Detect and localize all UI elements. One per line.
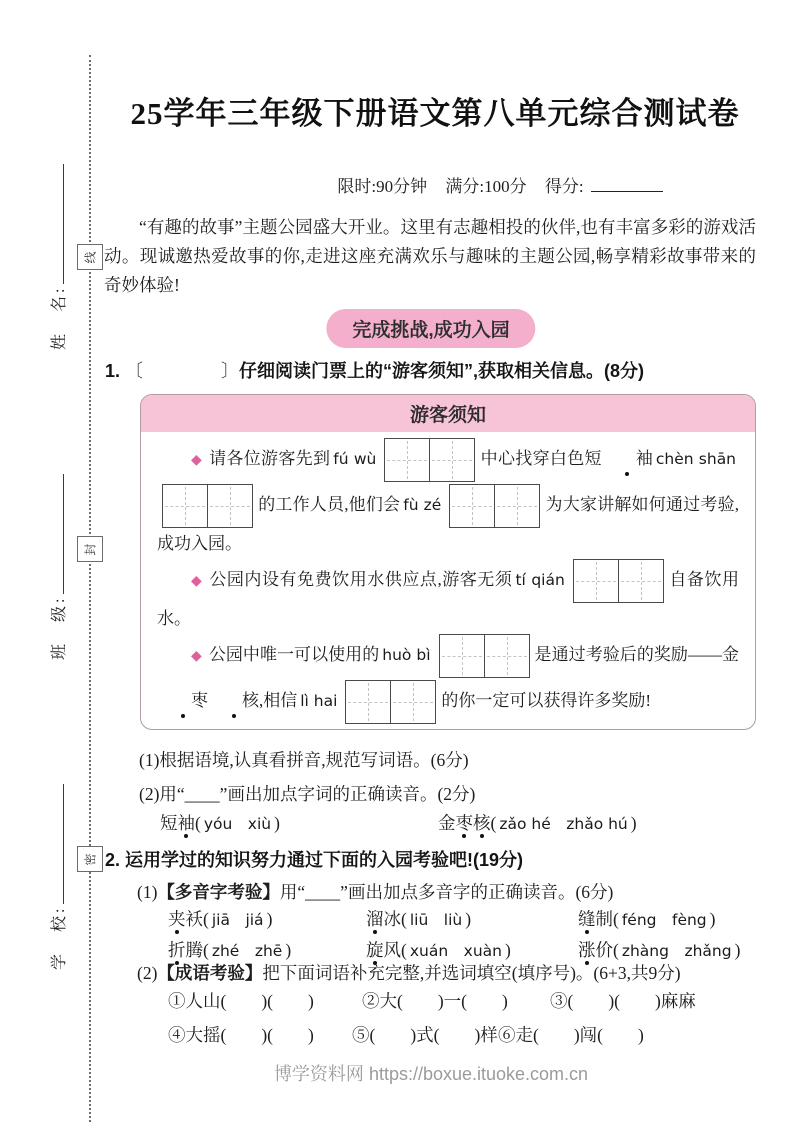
text: 风( [384,940,407,960]
pinyin: zhé zhē [212,942,283,960]
writing-grid[interactable] [162,484,253,528]
dotted-characters: 夹 [168,909,186,929]
exam-info-line: 限时:90分钟 满分:100分 得分: [230,172,770,197]
text: 金 [438,813,456,833]
pinyin: xuán xuàn [410,942,502,960]
pinyin: yóu xiù [204,815,271,833]
dotted-characters: 袖 [602,449,653,468]
dotted-characters: 旋 [366,940,384,960]
pinyin: fú wù [333,450,376,468]
pinyin: zhàng zhǎng [622,942,732,960]
question-1-header: 1.〔〕仔细阅读门票上的“游客须知”,获取相关信息。(8分) [105,357,765,383]
dotted-characters: 涨 [578,940,596,960]
polyphone-row: 夹袄(jiā jiá) 溜冰(liū liù) 缝制(féng fèng) [168,906,768,937]
idiom-items: ①人山( )( ) ②大( )一( ) ③( )( )麻麻 ④大摇( )( ) … [168,988,768,1056]
part2-tag: 【成语考验】 [157,963,262,983]
seal-char-box: 密 [77,846,103,872]
idiom-item[interactable]: ②大( )一( ) [362,988,550,1022]
question-2-header: 2.运用学过的知识努力通过下面的入园考验吧!(19分) [105,846,765,872]
text: ) [710,909,716,929]
dotted-characters: 袖 [178,813,196,833]
seal-char: 封 [81,543,98,555]
watermark-footer: 博学资料网 https://boxue.ituoke.com.cn [105,1060,757,1086]
bracket-close: 〕 [221,361,239,381]
part1-tag: 【多音字考验】 [157,882,280,902]
question-1-number: 1. [105,361,120,381]
writing-grid-cell[interactable] [450,485,494,527]
polyphone-item[interactable]: 缝制(féng fèng) [578,906,715,937]
polyphone-item[interactable]: 溜冰(liū liù) [366,906,578,937]
name-label: 姓 名: [51,286,68,350]
writing-grid-cell[interactable] [440,635,484,677]
text: ) [735,940,741,960]
writing-grid-cell[interactable] [484,635,529,677]
writing-grid-cell[interactable] [390,681,435,723]
dotted-characters: 折 [168,940,186,960]
seal-char: 线 [81,251,98,263]
pinyin: tí qián [515,571,564,589]
notice-paragraph: ◆公园内设有免费饮用水供应点,游客无须tí qián自备饮用水。 [157,558,739,633]
idiom-item[interactable]: ③( )( )麻麻 [550,988,696,1022]
writing-grid-cell[interactable] [207,485,252,527]
school-blank-line[interactable] [49,784,64,904]
class-blank-line[interactable] [49,474,64,594]
notice-body: ◆请各位游客先到fú wù中心找穿白色短袖chèn shān的工作人员,他们会f… [141,432,755,725]
pinyin: zǎo hé zhǎo hú [499,815,627,833]
test-paper-page: 线 封 密 姓 名: 班 级: 学 校: 25学年三年级下册语文第八单元综合测试… [0,0,793,1122]
polyphone-item[interactable]: 夹袄(jiā jiá) [168,906,366,937]
notice-paragraph: ◆请各位游客先到fú wù中心找穿白色短袖chèn shān的工作人员,他们会f… [157,437,739,558]
text: 的工作人员,他们会 [258,495,400,514]
text: ) [631,813,637,833]
text: 的你一定可以获得许多奖励! [441,691,651,710]
score-label: 得分: [545,177,584,196]
student-class-field: 班 级: [46,474,69,660]
question-1-text: 仔细阅读门票上的“游客须知”,获取相关信息。(8分) [239,361,644,381]
idiom-item[interactable]: ⑤( )式( )样 [352,1022,498,1056]
student-name-field: 姓 名: [46,164,69,350]
pinyin: lì hai [300,692,337,710]
challenge-badge: 完成挑战,成功入园 [326,309,535,348]
question-1-sub2: (2)用“____”画出加点字词的正确读音。(2分) [139,781,759,806]
text: 是通过考验后的奖励——金 [535,645,740,664]
time-limit: 限时:90分钟 [337,177,427,196]
diamond-bullet-icon: ◆ [191,649,202,664]
text: ) [285,940,291,960]
writing-grid-cell[interactable] [574,560,618,602]
text: ( [491,813,497,833]
idiom-item[interactable]: ④大摇( )( ) [168,1022,352,1056]
bracket-open: 〔 [125,361,143,381]
text: ) [267,909,273,929]
name-blank-line[interactable] [49,164,64,284]
text: 公园中唯一可以使用的 [209,645,379,664]
seal-char-box: 封 [77,536,103,562]
writing-grid-cell[interactable] [385,439,429,481]
pinyin: liū liù [410,911,462,929]
pinyin: jiā jiá [212,911,264,929]
full-score: 满分:100分 [445,177,526,196]
text: 腾( [186,940,209,960]
writing-grid[interactable] [384,438,475,482]
text: ,相信 [259,691,297,710]
text: 中心找穿白色短 [480,449,602,468]
text: 价( [596,940,619,960]
text: 公园内设有免费饮用水供应点,游客无须 [209,570,512,589]
word-choice-item[interactable]: 短袖(yóu xiù) [160,810,438,835]
text: 请各位游客先到 [209,449,330,468]
writing-grid[interactable] [573,559,664,603]
class-label: 班 级: [51,596,68,660]
word-choice-item[interactable]: 金枣核(zǎo hé zhǎo hú) [438,810,637,835]
diamond-bullet-icon: ◆ [191,453,202,468]
text: ) [465,909,471,929]
writing-grid[interactable] [449,484,540,528]
writing-grid-cell[interactable] [618,560,663,602]
pronunciation-choices: 短袖(yóu xiù) 金枣核(zǎo hé zhǎo hú) [160,810,760,835]
writing-grid-cell[interactable] [163,485,207,527]
intro-paragraph: “有趣的故事”主题公园盛大开业。这里有志趣相投的伙伴,也有丰富多彩的游戏活动。现… [104,213,756,300]
part1-text: 用“____”画出加点多音字的正确读音。(6分) [280,882,613,902]
dotted-characters: 缝 [578,909,596,929]
question-2-text: 运用学过的知识努力通过下面的入园考验吧!(19分) [125,850,523,870]
pinyin: huò bì [382,646,430,664]
text: ) [505,940,511,960]
text: 冰( [384,909,407,929]
question-2-part1-header: (1)【多音字考验】用“____”画出加点多音字的正确读音。(6分) [137,879,761,904]
question-1-sub1: (1)根据语境,认真看拼音,规范写词语。(6分) [139,747,759,772]
dotted-characters: 溜 [366,909,384,929]
dotted-characters: 枣核 [456,813,491,833]
score-blank-line[interactable] [591,177,663,192]
writing-grid-cell[interactable] [429,439,474,481]
pinyin: fù zé [403,496,441,514]
question-2-number: 2. [105,850,120,870]
idiom-item[interactable]: ①人山( )( ) [168,988,362,1022]
student-school-field: 学 校: [46,784,69,970]
question-2-part2-header: (2)【成语考验】把下面词语补充完整,并选词填空(填序号)。(6+3,共9分) [137,960,761,985]
text: ) [274,813,280,833]
writing-grid[interactable] [345,680,436,724]
dotted-characters: 枣核 [157,691,259,710]
text: 制( [596,909,619,929]
seal-char-box: 线 [77,244,103,270]
seal-dotted-line [89,55,91,1122]
text: 袄( [186,909,209,929]
part2-text: 把下面词语补充完整,并选词填空(填序号)。(6+3,共9分) [262,963,680,983]
idiom-row: ①人山( )( ) ②大( )一( ) ③( )( )麻麻 [168,988,768,1022]
writing-grid-cell[interactable] [346,681,390,723]
pinyin: chèn shān [656,450,736,468]
part2-prefix: (2) [137,963,157,983]
visitor-notice-box: 游客须知 ◆请各位游客先到fú wù中心找穿白色短袖chèn shān的工作人员… [140,394,756,730]
notice-paragraph: ◆公园中唯一可以使用的huò bì是通过考验后的奖励——金枣核,相信lì hai… [157,633,739,725]
part1-prefix: (1) [137,882,157,902]
paper-title: 25学年三年级下册语文第八单元综合测试卷 [105,88,765,133]
idiom-item[interactable]: ⑥走( )闯( ) [498,1022,644,1056]
writing-grid-cell[interactable] [494,485,539,527]
polyphone-items: 夹袄(jiā jiá) 溜冰(liū liù) 缝制(féng fèng) 折腾… [168,906,768,968]
school-label: 学 校: [51,906,68,970]
text: ( [195,813,201,833]
seal-char: 密 [81,853,98,865]
text: 短 [160,813,178,833]
pinyin: féng fèng [622,911,707,929]
diamond-bullet-icon: ◆ [191,574,202,589]
notice-title: 游客须知 [141,395,755,432]
writing-grid[interactable] [439,634,530,678]
idiom-row: ④大摇( )( ) ⑤( )式( )样 ⑥走( )闯( ) [168,1022,768,1056]
